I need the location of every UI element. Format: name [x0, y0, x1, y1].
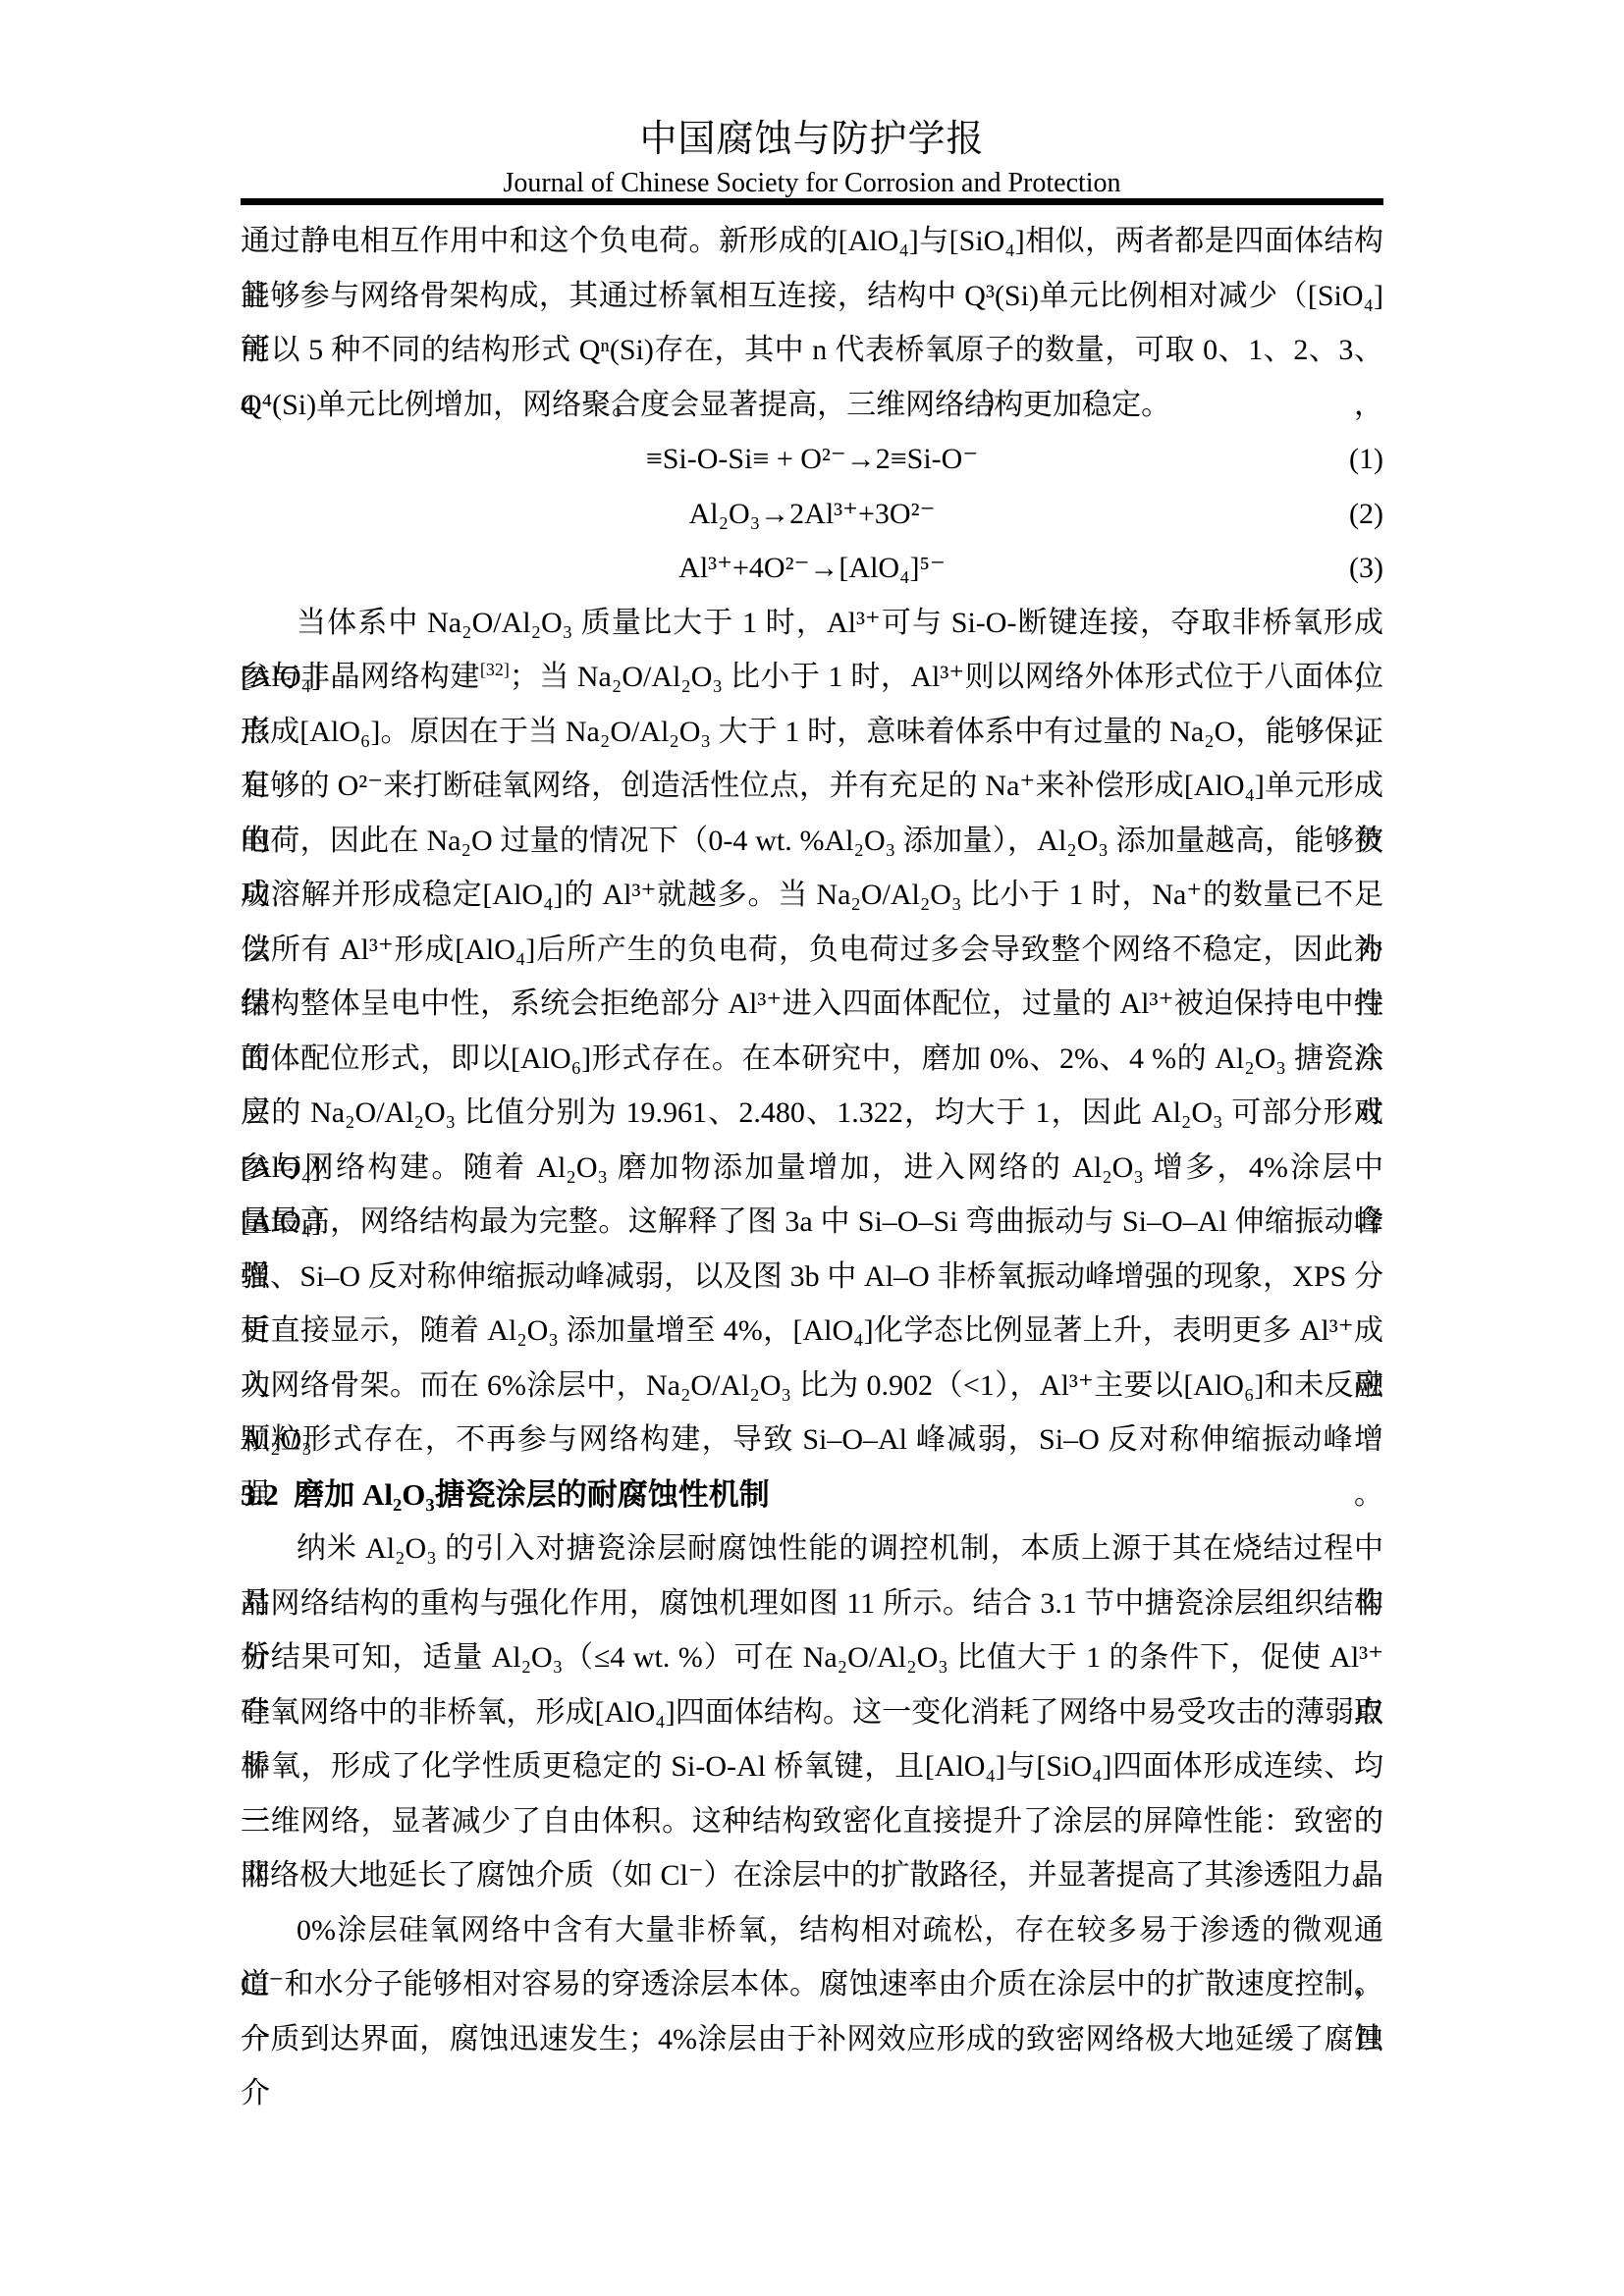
text-line: 量最高，网络结构最为完整。这解释了图 3a 中 Si–O–Si 弯曲振动与 Si… — [241, 1195, 1383, 1250]
journal-title-chinese: 中国腐蚀与防护学报 — [241, 118, 1383, 161]
header-rule — [241, 198, 1383, 205]
equation-number: (3) — [1349, 541, 1383, 596]
equation-row: ≡Si-O-Si≡ + O²⁻→2≡Si-O⁻(1) — [241, 432, 1383, 487]
equation-row: Al³⁺+4O²⁻→[AlO₄]⁵⁻(3) — [241, 541, 1383, 596]
text-line: Cl⁻和水分子能够相对容易的穿透涂层本体。腐蚀速率由介质在涂层中的扩散速度控制，… — [241, 1957, 1383, 2012]
text-line: 硅氧网络中的非桥氧，形成[AlO₄]四面体结构。这一变化消耗了网络中易受攻击的薄… — [241, 1685, 1383, 1740]
text-line: 晶网络结构的重构与强化作用，腐蚀机理如图 11 所示。结合 3.1 节中搪瓷涂层… — [241, 1576, 1383, 1631]
text-line: 形成[AlO₆]。原因在于当 Na₂O/Al₂O₃ 大于 1 时，意味着体系中有… — [241, 705, 1383, 760]
journal-title-english: Journal of Chinese Society for Corrosion… — [241, 169, 1383, 198]
text-line: 入网络骨架。而在 6%涂层中，Na₂O/Al₂O₃ 比为 0.902（<1），A… — [241, 1359, 1383, 1414]
paragraph: 通过静电相互作用中和这个负电荷。新形成的[AlO₄]与[SiO₄]相似，两者都是… — [241, 214, 1383, 432]
equation-formula: Al³⁺+4O²⁻→[AlO₄]⁵⁻ — [678, 552, 946, 584]
text-line: 应的 Na₂O/Al₂O₃ 比值分别为 19.961、2.480、1.322，均… — [241, 1086, 1383, 1141]
equation-formula: ≡Si-O-Si≡ + O²⁻→2≡Si-O⁻ — [646, 443, 978, 475]
text-line: 纳米 Al₂O₃ 的引入对搪瓷涂层耐腐蚀性能的调控机制，本质上源于其在烧结过程中… — [241, 1522, 1383, 1576]
equation-formula: Al₂O₃→2Al³⁺+3O²⁻ — [689, 498, 936, 530]
journal-header: 中国腐蚀与防护学报 Journal of Chinese Society for… — [241, 118, 1383, 205]
document-body: 通过静电相互作用中和这个负电荷。新形成的[AlO₄]与[SiO₄]相似，两者都是… — [241, 214, 1383, 2066]
text-line: 网络极大地延长了腐蚀介质（如 Cl⁻）在涂层中的扩散路径，并显著提高了其渗透阻力… — [241, 1848, 1383, 1903]
equation-block: ≡Si-O-Si≡ + O²⁻→2≡Si-O⁻(1)Al₂O₃→2Al³⁺+3O… — [241, 432, 1383, 596]
text-line: 颗粒形式存在，不再参与网络构建，导致 Si–O–Al 峰减弱，Si–O 反对称伸… — [241, 1413, 1383, 1468]
equation-number: (2) — [1349, 487, 1383, 542]
text-line: 能以 5 种不同的结构形式 Qⁿ(Si)存在，其中 n 代表桥氧原子的数量，可取… — [241, 323, 1383, 378]
text-line: 更直接显示，随着 Al₂O₃ 添加量增至 4%，[AlO₄]化学态比例显著上升，… — [241, 1304, 1383, 1359]
text-line: 偿所有 Al³⁺形成[AlO₄]后所产生的负电荷，负电荷过多会导致整个网络不稳定… — [241, 923, 1383, 978]
paragraph: 当体系中 Na₂O/Al₂O₃ 质量比大于 1 时，Al³⁺可与 Si-O-断键… — [241, 596, 1383, 1468]
text-line: 能够参与网络骨架构成，其通过桥氧相互连接，结构中 Q³(Si)单元比例相对减少（… — [241, 269, 1383, 324]
text-line: 桥氧，形成了化学性质更稳定的 Si-O-Al 桥氧键，且[AlO₄]与[SiO₄… — [241, 1739, 1383, 1794]
text-line: 电荷，因此在 Na₂O 过量的情况下（0-4 wt. %Al₂O₃ 添加量），A… — [241, 814, 1383, 869]
document-page: 中国腐蚀与防护学报 Journal of Chinese Society for… — [0, 0, 1624, 2296]
text-line: 介质到达界面，腐蚀迅速发生；4%涂层由于补网效应形成的致密网络极大地延缓了腐蚀介 — [241, 2012, 1383, 2067]
text-line: 足够的 O²⁻来打断硅氧网络，创造活性位点，并有充足的 Na⁺来补偿形成[AlO… — [241, 759, 1383, 814]
text-column: 中国腐蚀与防护学报 Journal of Chinese Society for… — [241, 118, 1383, 2066]
text-line: 面体配位形式，即以[AlO₆]形式存在。在本研究中，磨加 0%、2%、4 %的 … — [241, 1032, 1383, 1087]
text-line: 析结果可知，适量 Al₂O₃（≤4 wt. %）可在 Na₂O/Al₂O₃ 比值… — [241, 1630, 1383, 1685]
text-line: 强、Si–O 反对称伸缩振动峰减弱，以及图 3b 中 Al–O 非桥氧振动峰增强… — [241, 1250, 1383, 1305]
paragraph: 纳米 Al₂O₃ 的引入对搪瓷涂层耐腐蚀性能的调控机制，本质上源于其在烧结过程中… — [241, 1522, 1383, 1903]
paragraph: 0%涂层硅氧网络中含有大量非桥氧，结构相对疏松，存在较多易于渗透的微观通道。Cl… — [241, 1903, 1383, 2067]
text-line: 功溶解并形成稳定[AlO₄]的 Al³⁺就越多。当 Na₂O/Al₂O₃ 比小于… — [241, 868, 1383, 923]
equation-row: Al₂O₃→2Al³⁺+3O²⁻(2) — [241, 487, 1383, 542]
citation-superscript: [32] — [480, 660, 510, 679]
text-line: 三维网络，显著减少了自由体积。这种结构致密化直接提升了涂层的屏障性能：致密的非晶 — [241, 1794, 1383, 1849]
text-line: 通过静电相互作用中和这个负电荷。新形成的[AlO₄]与[SiO₄]相似，两者都是… — [241, 214, 1383, 269]
text-line: 当体系中 Na₂O/Al₂O₃ 质量比大于 1 时，Al³⁺可与 Si-O-断键… — [241, 596, 1383, 651]
text-line: 参与非晶网络构建[32]；当 Na₂O/Al₂O₃ 比小于 1 时，Al³⁺则以… — [241, 650, 1383, 705]
text-line: 0%涂层硅氧网络中含有大量非桥氧，结构相对疏松，存在较多易于渗透的微观通道。 — [241, 1903, 1383, 1958]
text-line: 结构整体呈电中性，系统会拒绝部分 Al³⁺进入四面体配位，过量的 Al³⁺被迫保… — [241, 977, 1383, 1032]
equation-number: (1) — [1349, 432, 1383, 487]
text-line: 参与网络构建。随着 Al₂O₃ 磨加物添加量增加，进入网络的 Al₂O₃ 增多，… — [241, 1141, 1383, 1196]
